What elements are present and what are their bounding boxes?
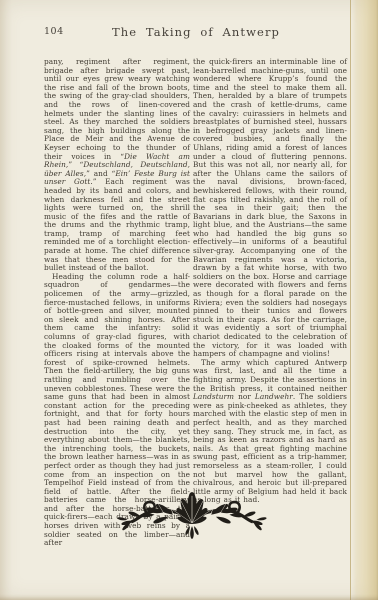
page-right-edge-shadow <box>350 0 378 600</box>
paragraph: the quick-firers an interminable line of… <box>193 58 347 359</box>
page-number: 104 <box>44 26 64 37</box>
page-left-edge-shadow <box>0 0 12 600</box>
page-title: The Taking of Antwerp <box>44 25 348 39</box>
foliate-tailpiece-ornament <box>114 482 270 540</box>
page-bottom-edge-shadow <box>0 594 378 600</box>
text-area: pany, regiment after regiment, brigade a… <box>44 58 348 474</box>
book-page: 104 The Taking of Antwerp pany, regiment… <box>0 0 378 600</box>
paragraph: pany, regiment after regiment, brigade a… <box>44 58 190 273</box>
text-column-right: the quick-firers an interminable line of… <box>193 58 347 505</box>
text-column-left: pany, regiment after regiment, brigade a… <box>44 58 190 548</box>
running-header: 104 The Taking of Antwerp <box>44 25 348 39</box>
